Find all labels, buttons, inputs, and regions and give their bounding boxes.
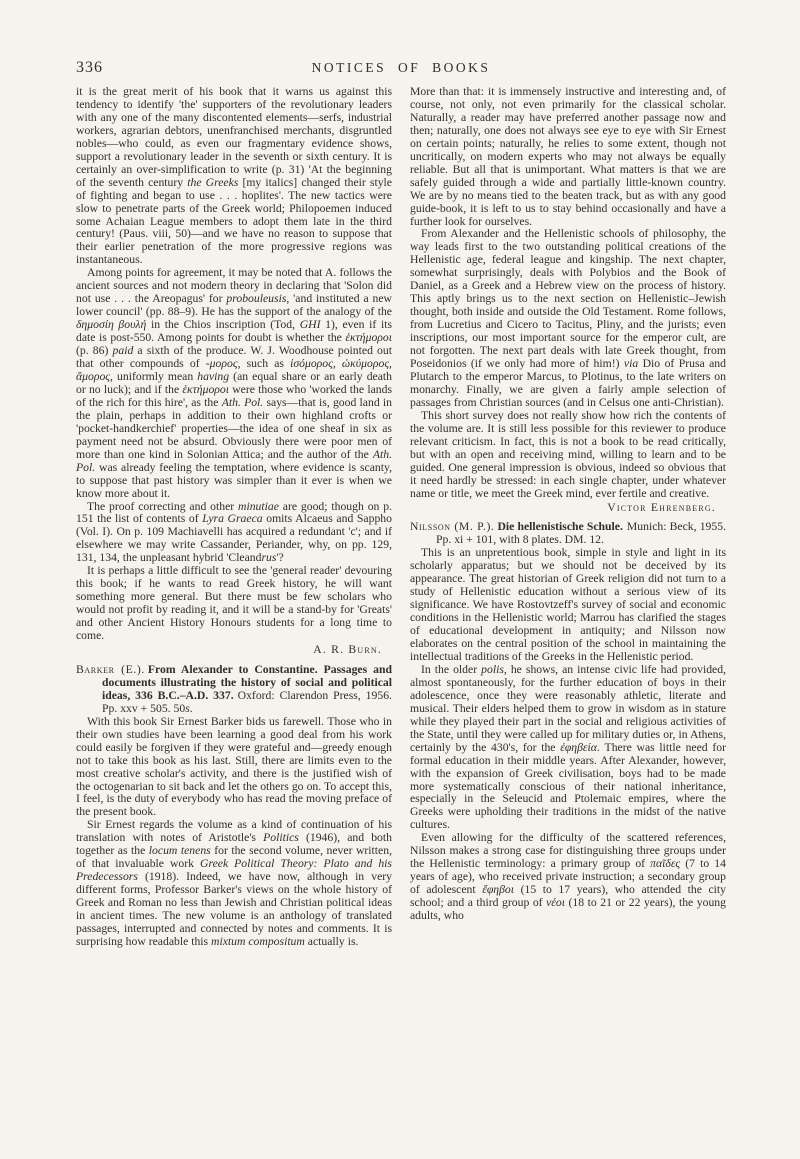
book-entry-heading: Barker (E.).From Alexander to Constantin… bbox=[76, 664, 392, 716]
review-paragraph: it is the great merit of his book that i… bbox=[76, 86, 392, 267]
reviewer-signature: A. R. Burn. bbox=[76, 644, 392, 657]
review-paragraph: Sir Ernest regards the volume as a kind … bbox=[76, 819, 392, 949]
review-paragraph: Even allowing for the difficulty of the … bbox=[410, 832, 726, 923]
review-paragraph: The proof correcting and other minutiae … bbox=[76, 501, 392, 566]
text-columns: it is the great merit of his book that i… bbox=[76, 86, 726, 949]
review-paragraph: Among points for agreement, it may be no… bbox=[76, 267, 392, 500]
review-paragraph: It is perhaps a little difficult to see … bbox=[76, 565, 392, 643]
review-paragraph: This is an unpretentious book, simple in… bbox=[410, 547, 726, 664]
review-paragraph: More than that: it is immensely instruct… bbox=[410, 86, 726, 228]
review-paragraph: With this book Sir Ernest Barker bids us… bbox=[76, 716, 392, 820]
reviewer-signature: Victor Ehrenberg. bbox=[410, 502, 726, 515]
review-paragraph: This short survey does not really show h… bbox=[410, 410, 726, 501]
journal-page: 336 NOTICES OF BOOKS it is the great mer… bbox=[0, 0, 800, 1159]
book-author: Barker (E.). bbox=[76, 663, 145, 676]
review-paragraph: In the older polis, he shows, an intense… bbox=[410, 664, 726, 832]
book-author: Nilsson (M. P.). bbox=[410, 520, 494, 533]
running-head: NOTICES OF BOOKS bbox=[76, 60, 726, 76]
review-paragraph: From Alexander and the Hellenistic schoo… bbox=[410, 228, 726, 409]
book-title: Die hellenistische Schule. bbox=[497, 520, 622, 533]
left-column: it is the great merit of his book that i… bbox=[76, 86, 392, 949]
page-header: 336 NOTICES OF BOOKS bbox=[76, 57, 726, 81]
right-column: More than that: it is immensely instruct… bbox=[410, 86, 726, 949]
book-entry-heading: Nilsson (M. P.).Die hellenistische Schul… bbox=[410, 521, 726, 547]
